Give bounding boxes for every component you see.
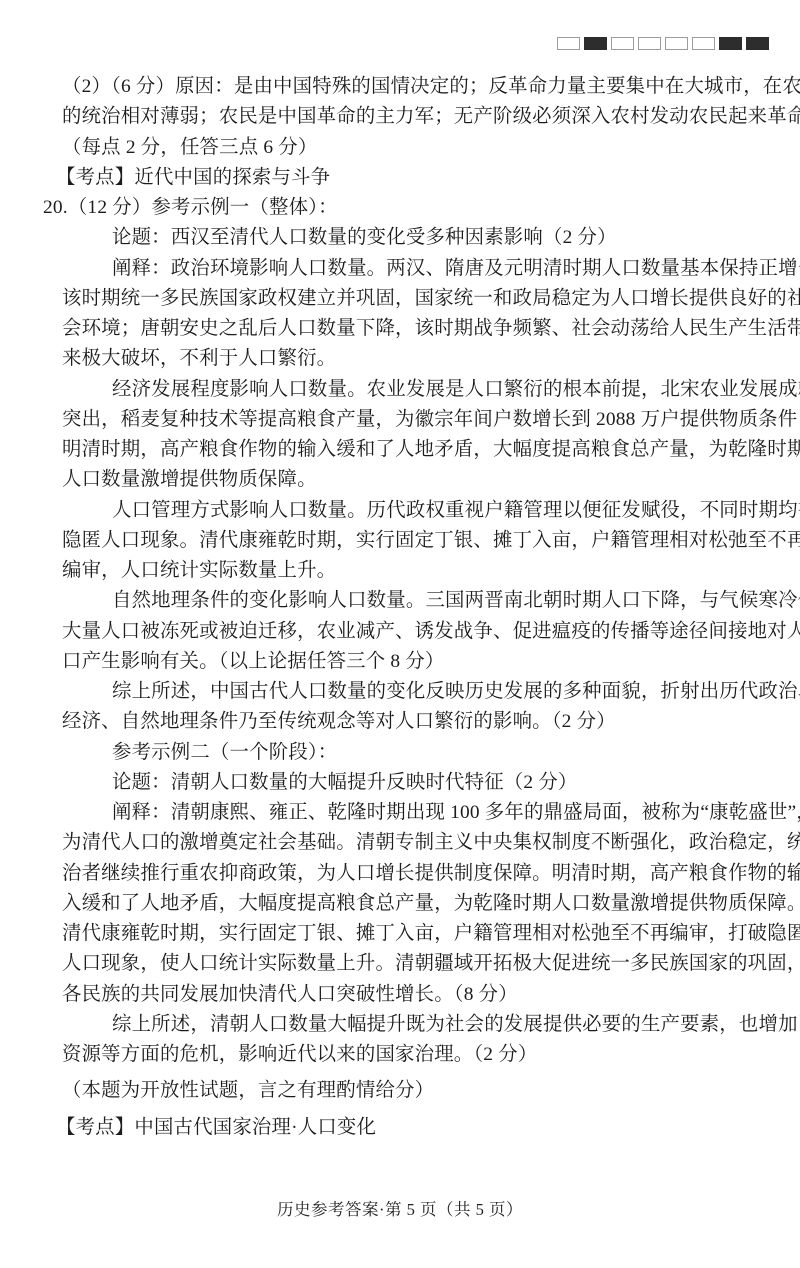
corner-marks: [557, 37, 769, 50]
text-line: （本题为开放性试题，言之有理酌情给分）: [62, 1076, 759, 1106]
text-line: 阐释：清朝康熙、雍正、乾隆时期出现 100 多年的鼎盛局面，被称为“康乾盛世”，: [62, 798, 759, 828]
text-line: 隐匿人口现象。清代康雍乾时期，实行固定丁银、摊丁入亩，户籍管理相对松弛至不再: [62, 526, 759, 556]
corner-mark-outline: [638, 37, 661, 50]
text-line: 入缓和了人地矛盾，大幅度提高粮食总产量，为乾隆时期人口数量激增提供物质保障。: [62, 889, 759, 919]
corner-mark-outline: [557, 37, 580, 50]
text-line: 资源等方面的危机，影响近代以来的国家治理。（2 分）: [62, 1040, 759, 1070]
text-line: 论题：西汉至清代人口数量的变化受多种因素影响（2 分）: [62, 223, 759, 253]
text-line: 20.（12 分）参考示例一（整体）：: [43, 193, 759, 223]
text-line: 突出，稻麦复种技术等提高粮食产量，为徽宗年间户数增长到 2088 万户提供物质条…: [62, 405, 759, 435]
text-line: 参考示例二（一个阶段）：: [62, 738, 759, 768]
document-page: （2）（6 分）原因：是由中国特殊的国情决定的；反革命力量主要集中在大城市，在农…: [0, 0, 800, 1268]
text-line: 自然地理条件的变化影响人口数量。三国两晋南北朝时期人口下降，与气候寒冷使: [62, 586, 759, 616]
text-line: 【考点】中国古代国家治理·人口变化: [56, 1113, 759, 1143]
text-line: 论题：清朝人口数量的大幅提升反映时代特征（2 分）: [62, 768, 759, 798]
text-line: 该时期统一多民族国家政权建立并巩固，国家统一和政局稳定为人口增长提供良好的社: [62, 284, 759, 314]
text-line: 人口数量激增提供物质保障。: [62, 465, 759, 495]
corner-mark-outline: [692, 37, 715, 50]
document-body: （2）（6 分）原因：是由中国特殊的国情决定的；反革命力量主要集中在大城市，在农…: [62, 72, 759, 1143]
text-line: 编审，人口统计实际数量上升。: [62, 556, 759, 586]
text-line: 人口现象，使人口统计实际数量上升。清朝疆域开拓极大促进统一多民族国家的巩固，: [62, 949, 759, 979]
text-line: 经济、自然地理条件乃至传统观念等对人口繁衍的影响。（2 分）: [62, 707, 759, 737]
text-line: 各民族的共同发展加快清代人口突破性增长。（8 分）: [62, 980, 759, 1010]
text-line: 会环境；唐朝安史之乱后人口数量下降，该时期战争频繁、社会动荡给人民生产生活带: [62, 314, 759, 344]
text-line: 综上所述，中国古代人口数量的变化反映历史发展的多种面貌，折射出历代政治、: [62, 677, 759, 707]
text-line: 【考点】近代中国的探索与斗争: [56, 163, 759, 193]
text-line: （2）（6 分）原因：是由中国特殊的国情决定的；反革命力量主要集中在大城市，在农…: [62, 72, 759, 102]
text-line: 大量人口被冻死或被迫迁移，农业减产、诱发战争、促进瘟疫的传播等途径间接地对人: [62, 617, 759, 647]
text-line: 清代康雍乾时期，实行固定丁银、摊丁入亩，户籍管理相对松弛至不再编审，打破隐匿: [62, 919, 759, 949]
text-line: 阐释：政治环境影响人口数量。两汉、隋唐及元明清时期人口数量基本保持正增长，: [62, 254, 759, 284]
corner-mark-outline: [665, 37, 688, 50]
corner-mark-filled: [719, 37, 742, 50]
corner-mark-filled: [584, 37, 607, 50]
text-line: 经济发展程度影响人口数量。农业发展是人口繁衍的根本前提，北宋农业发展成就: [62, 375, 759, 405]
text-line: 治者继续推行重农抑商政策，为人口增长提供制度保障。明清时期，高产粮食作物的输: [62, 859, 759, 889]
text-line: 人口管理方式影响人口数量。历代政权重视户籍管理以便征发赋役，不同时期均有: [62, 496, 759, 526]
text-line: 为清代人口的激增奠定社会基础。清朝专制主义中央集权制度不断强化，政治稳定，统: [62, 828, 759, 858]
text-line: （每点 2 分，任答三点 6 分）: [62, 133, 759, 163]
corner-mark-filled: [746, 37, 769, 50]
text-line: 综上所述，清朝人口数量大幅提升既为社会的发展提供必要的生产要素，也增加了: [62, 1010, 759, 1040]
text-line: 的统治相对薄弱；农民是中国革命的主力军；无产阶级必须深入农村发动农民起来革命。: [62, 102, 759, 132]
text-line: 来极大破坏，不利于人口繁衍。: [62, 344, 759, 374]
corner-mark-outline: [611, 37, 634, 50]
text-line: 口产生影响有关。（以上论据任答三个 8 分）: [62, 647, 759, 677]
page-footer: 历史参考答案·第 5 页（共 5 页）: [0, 1196, 800, 1220]
text-line: 明清时期，高产粮食作物的输入缓和了人地矛盾，大幅度提高粮食总产量，为乾隆时期: [62, 435, 759, 465]
